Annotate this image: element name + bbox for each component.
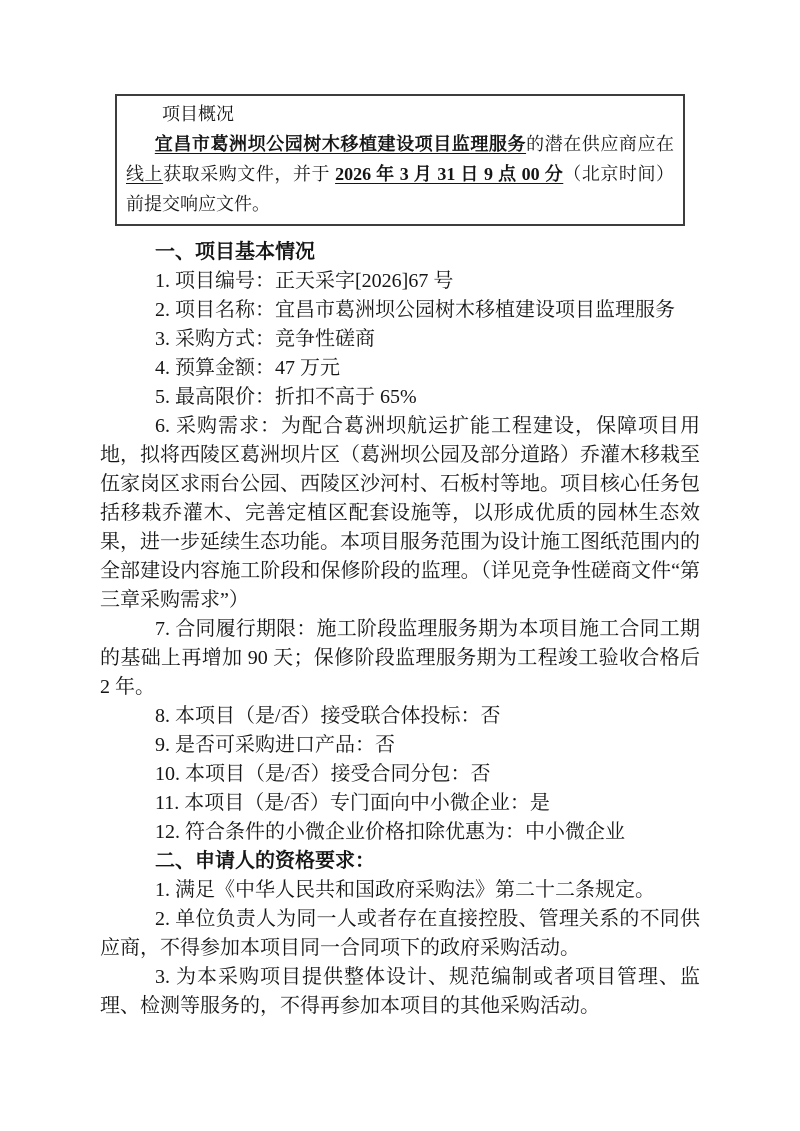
item-project-number: 1. 项目编号：正天采字[2026]67 号 [100,267,700,296]
item-budget-amount: 4. 预算金额：47 万元 [100,354,700,383]
document-content: 项目概况 宜昌市葛洲坝公园树木移植建设项目监理服务的潜在供应商应在线上获取采购文… [100,94,700,1021]
overview-title: 项目概况 [126,99,674,129]
project-overview-box: 项目概况 宜昌市葛洲坝公园树木移植建设项目监理服务的潜在供应商应在线上获取采购文… [115,94,685,226]
procurement-channel: 线上 [126,164,163,184]
item-sme-targeted: 11. 本项目（是/否）专门面向中小微企业：是 [100,789,700,818]
item-project-name: 2. 项目名称：宜昌市葛洲坝公园树木移植建设项目监理服务 [100,296,700,325]
item-imported-products: 9. 是否可采购进口产品：否 [100,731,700,760]
item-procurement-method: 3. 采购方式：竞争性磋商 [100,325,700,354]
section2-heading: 二、申请人的资格要求： [100,847,700,876]
submission-deadline: 2026 年 3 月 31 日 9 点 00 分 [335,164,563,184]
document-body: 一、项目基本情况 1. 项目编号：正天采字[2026]67 号 2. 项目名称：… [100,238,700,1021]
item-qualification-conflict: 3. 为本采购项目提供整体设计、规范编制或者项目管理、监理、检测等服务的，不得再… [100,963,700,1021]
item-consortium-bidding: 8. 本项目（是/否）接受联合体投标：否 [100,702,700,731]
overview-text-mid: 获取采购文件，并于 [163,164,335,184]
overview-paragraph: 宜昌市葛洲坝公园树木移植建设项目监理服务的潜在供应商应在线上获取采购文件，并于 … [126,129,674,219]
document-page: 项目概况 宜昌市葛洲坝公园树木移植建设项目监理服务的潜在供应商应在线上获取采购文… [0,0,800,1131]
item-procurement-requirements: 6. 采购需求：为配合葛洲坝航运扩能工程建设，保障项目用地，拟将西陵区葛洲坝片区… [100,412,700,615]
item-max-price-limit: 5. 最高限价：折扣不高于 65% [100,383,700,412]
item-sme-price-discount: 12. 符合条件的小微企业价格扣除优惠为：中小微企业 [100,818,700,847]
item-qualification-law: 1. 满足《中华人民共和国政府采购法》第二十二条规定。 [100,876,700,905]
section-basic-info: 一、项目基本情况 1. 项目编号：正天采字[2026]67 号 2. 项目名称：… [100,238,700,847]
section1-heading: 一、项目基本情况 [100,238,700,267]
item-qualification-same-person: 2. 单位负责人为同一人或者存在直接控股、管理关系的不同供应商，不得参加本项目同… [100,905,700,963]
section-qualification-requirements: 二、申请人的资格要求： 1. 满足《中华人民共和国政府采购法》第二十二条规定。 … [100,847,700,1021]
overview-text-after-name: 的潜在供应商应在 [526,134,674,154]
project-name: 宜昌市葛洲坝公园树木移植建设项目监理服务 [155,134,526,154]
item-subcontracting: 10. 本项目（是/否）接受合同分包：否 [100,760,700,789]
item-contract-period: 7. 合同履行期限：施工阶段监理服务期为本项目施工合同工期的基础上再增加 90 … [100,615,700,702]
